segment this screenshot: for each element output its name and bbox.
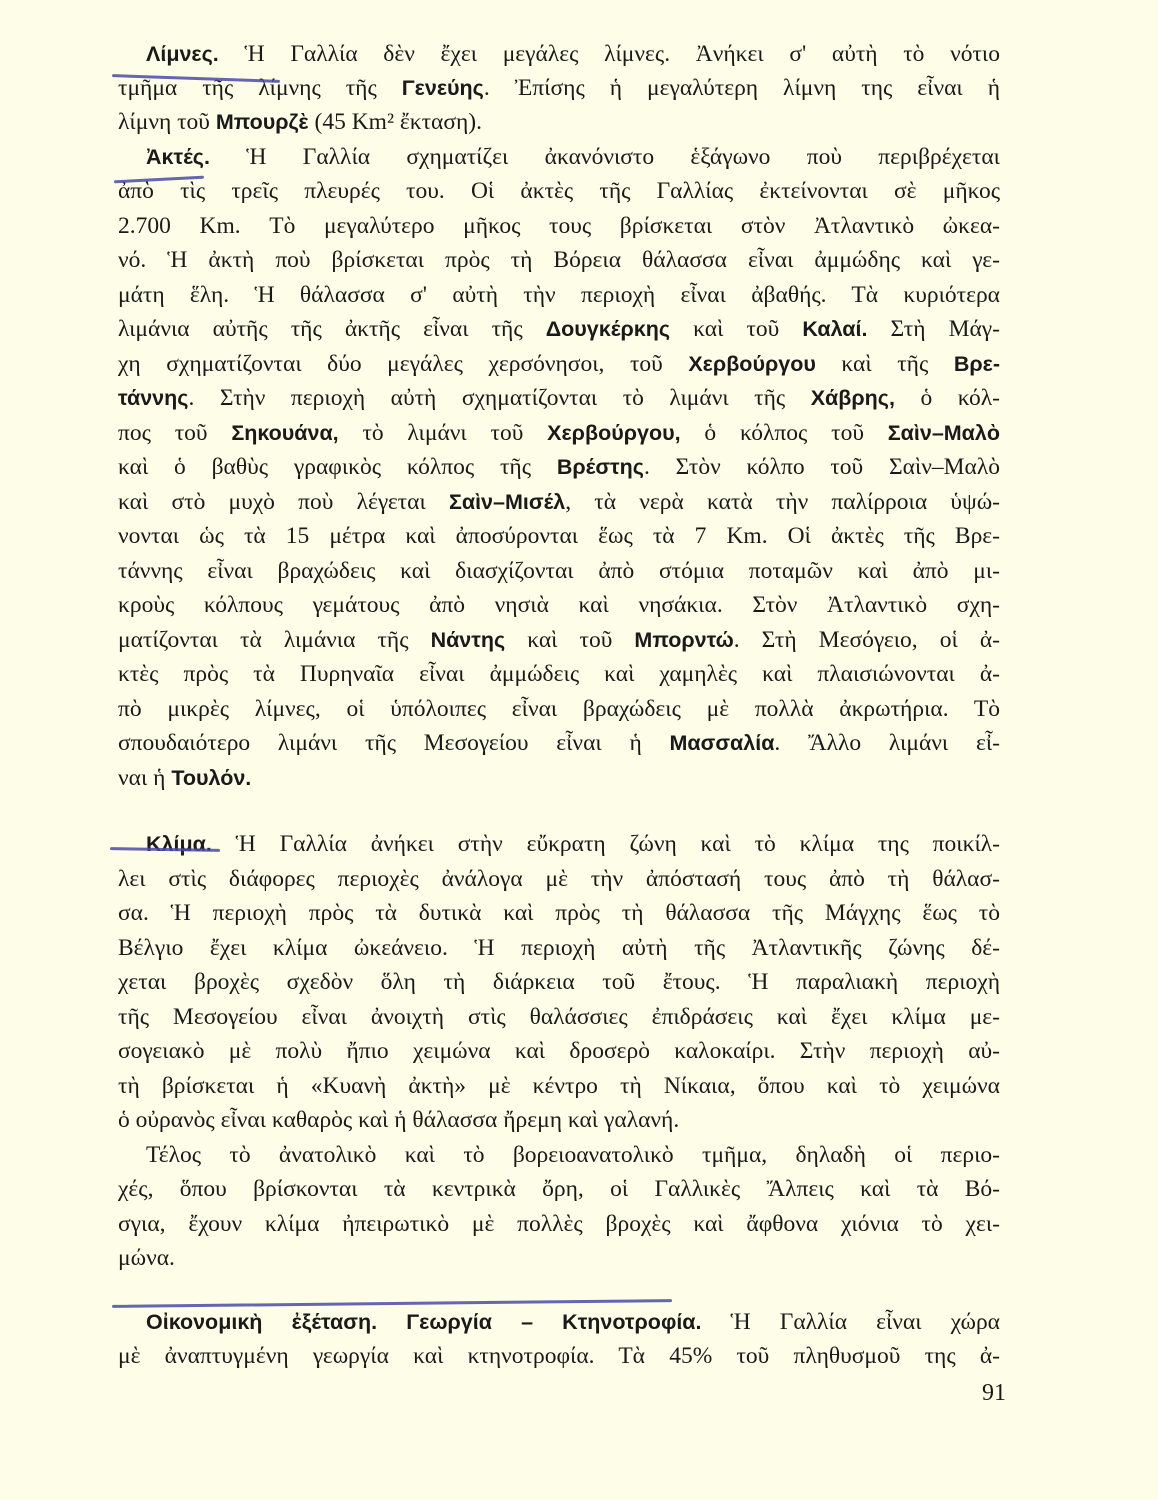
text-line: τάννης εἶναι βραχώδεις καὶ διασχίζονται … xyxy=(118,555,1000,587)
bold-term: Τουλόν. xyxy=(171,766,251,790)
text-run: λιμάνια αὐτῆς τῆς ἀκτῆς εἶναι τῆς xyxy=(118,316,546,342)
text-line: Τέλος τὸ ἀνατολικὸ καὶ τὸ βορειοανατολικ… xyxy=(118,1139,1000,1171)
text-line: μὲ ἀναπτυγμένη γεωργία καὶ κτηνοτροφία. … xyxy=(118,1340,1000,1372)
text-line: μάτη ἕλη. Ἡ θάλασσα σ' αὐτὴ τὴν περιοχὴ … xyxy=(118,279,1000,311)
text-run: κτὲς πρὸς τὰ Πυρηναῖα εἶναι ἀμμώδεις καὶ… xyxy=(118,661,1000,687)
text-line: κροὺς κόλπους γεμάτους ἀπὸ νησιὰ καὶ νησ… xyxy=(118,589,1000,621)
text-run: λίμνη τοῦ xyxy=(118,109,216,135)
text-line: νό. Ἡ ἀκτὴ ποὺ βρίσκεται πρὸς τὴ Βόρεια … xyxy=(118,244,1000,276)
text-run: νονται ὡς τὰ 15 μέτρα καὶ ἀποσύρονται ἕω… xyxy=(118,523,1000,549)
text-run: . Στὸν κόλπο τοῦ Σαὶν–Μαλὸ xyxy=(644,454,1000,480)
text-run: . Στὴ Μεσόγειο, οἱ ἀ- xyxy=(734,627,1000,653)
text-run: ὁ κόλπος τοῦ xyxy=(681,420,888,446)
bold-term: τάννης xyxy=(118,386,188,410)
bold-term: Νάντης xyxy=(431,628,506,652)
text-run: ναι ἡ xyxy=(118,765,171,791)
text-line: τῆς Μεσογείου εἶναι ἀνοιχτὴ στὶς θαλάσσι… xyxy=(118,1001,1000,1033)
text-line: λιμάνια αὐτῆς τῆς ἀκτῆς εἶναι τῆς Δουγκέ… xyxy=(118,313,1000,345)
text-line: Βέλγιο ἔχει κλίμα ὠκεάνειο. Ἡ περιοχὴ αὐ… xyxy=(118,932,1000,964)
text-run: 2.700 Km. Τὸ μεγαλύτερο μῆκος τους βρίσκ… xyxy=(118,213,1000,239)
bold-term: Σαὶν–Μαλὸ xyxy=(888,421,1000,445)
text-run: καὶ τοῦ xyxy=(505,627,634,653)
text-run: τὴ βρίσκεται ἡ «Κυανὴ ἀκτὴ» μὲ κέντρο τὴ… xyxy=(118,1073,1000,1099)
text-line: σπουδαιότερο λιμάνι τῆς Μεσογείου εἶναι … xyxy=(118,727,1000,759)
text-line: μώνα. xyxy=(118,1242,1000,1274)
text-run: σογειακὸ μὲ πολὺ ἤπιο χειμώνα καὶ δροσερ… xyxy=(118,1038,1000,1064)
text-run: Στὴ Μάγ- xyxy=(867,316,1000,342)
page-number: 91 xyxy=(982,1380,1006,1407)
text-run: τάννης εἶναι βραχώδεις καὶ διασχίζονται … xyxy=(118,558,1000,584)
text-line: χές, ὅπου βρίσκονται τὰ κεντρικὰ ὄρη, οἱ… xyxy=(118,1173,1000,1205)
text-run: , τὰ νερὰ κατὰ τὴν παλίρροια ὑψώ- xyxy=(565,489,1000,515)
text-run: καὶ τῆς xyxy=(816,351,954,377)
bold-term: Ἀκτές. xyxy=(146,145,210,169)
text-run: ἀπὸ τὶς τρεῖς πλευρές του. Οἱ ἀκτὲς τῆς … xyxy=(118,178,1000,204)
text-line: ματίζονται τὰ λιμάνια τῆς Νάντης καὶ τοῦ… xyxy=(118,624,1000,656)
text-run: πὸ μικρὲς λίμνες, οἱ ὑπόλοιπες εἶναι βρα… xyxy=(118,696,1000,722)
text-line: τάννης. Στὴν περιοχὴ αὐτὴ σχηματίζονται … xyxy=(118,382,1000,414)
text-run: χη σχηματίζονται δύο μεγάλες χερσόνησοι,… xyxy=(118,351,688,377)
text-line: ναι ἡ Τουλόν. xyxy=(118,762,1000,794)
text-run: Ἡ Γαλλία εἶναι χώρα xyxy=(701,1309,1000,1335)
text-run: . Ἐπίσης ἡ μεγαλύτερη λίμνη της εἶναι ἡ xyxy=(484,75,1000,101)
text-run: χεται βροχὲς σχεδὸν ὅλη τὴ διάρκεια τοῦ … xyxy=(118,969,1000,995)
text-run: κροὺς κόλπους γεμάτους ἀπὸ νησιὰ καὶ νησ… xyxy=(118,592,1000,618)
text-run: ὁ οὐρανὸς εἶναι καθαρὸς καὶ ἡ θάλασσα ἤρ… xyxy=(118,1107,679,1133)
bold-term: Κλίμα. xyxy=(146,832,212,856)
text-line: χη σχηματίζονται δύο μεγάλες χερσόνησοι,… xyxy=(118,348,1000,380)
text-line: Οἰκονομικὴ ἐξέταση. Γεωργία – Κτηνοτροφί… xyxy=(118,1306,1000,1338)
text-line: ἀπὸ τὶς τρεῖς πλευρές του. Οἱ ἀκτὲς τῆς … xyxy=(118,175,1000,207)
text-run: Τέλος τὸ ἀνατολικὸ καὶ τὸ βορειοανατολικ… xyxy=(146,1142,1000,1168)
bold-term: Μπουρζὲ xyxy=(216,110,309,134)
text-line: χεται βροχὲς σχεδὸν ὅλη τὴ διάρκεια τοῦ … xyxy=(118,966,1000,998)
text-run: ματίζονται τὰ λιμάνια τῆς xyxy=(118,627,431,653)
text-run: χές, ὅπου βρίσκονται τὰ κεντρικὰ ὄρη, οἱ… xyxy=(118,1176,1000,1202)
text-run: Ἡ Γαλλία δὲν ἔχει μεγάλες λίμνες. Ἀνήκει… xyxy=(219,41,1000,67)
text-line: 2.700 Km. Τὸ μεγαλύτερο μῆκος τους βρίσκ… xyxy=(118,210,1000,242)
text-run: τὸ λιμάνι τοῦ xyxy=(339,420,547,446)
text-run: καὶ στὸ μυχὸ ποὺ λέγεται xyxy=(118,489,449,515)
bold-term: Χάβρης, xyxy=(811,386,895,410)
bold-term: Μασσαλία xyxy=(670,731,775,755)
bold-term: Καλαί. xyxy=(802,317,867,341)
text-line: ὁ οὐρανὸς εἶναι καθαρὸς καὶ ἡ θάλασσα ἤρ… xyxy=(118,1104,1000,1136)
text-line: σγια, ἔχουν κλίμα ἠπειρωτικὸ μὲ πολλὲς β… xyxy=(118,1208,1000,1240)
text-run: λει στὶς διάφορες περιοχὲς ἀνάλογα μὲ τὴ… xyxy=(118,866,1000,892)
text-run: Ἡ Γαλλία ἀνήκει στὴν εὔκρατη ζώνη καὶ τὸ… xyxy=(212,831,1000,857)
text-run: μώνα. xyxy=(118,1245,175,1271)
bold-term: Σαὶν–Μισέλ xyxy=(449,490,565,514)
text-run: μάτη ἕλη. Ἡ θάλασσα σ' αὐτὴ τὴν περιοχὴ … xyxy=(118,282,1000,308)
text-run: ὁ κόλ- xyxy=(895,385,1000,411)
text-run: τῆς Μεσογείου εἶναι ἀνοιχτὴ στὶς θαλάσσι… xyxy=(118,1004,1000,1030)
text-run: καὶ ὁ βαθὺς γραφικὸς κόλπος τῆς xyxy=(118,454,557,480)
bold-term: Λίμνες. xyxy=(146,42,219,66)
text-line: τὴ βρίσκεται ἡ «Κυανὴ ἀκτὴ» μὲ κέντρο τὴ… xyxy=(118,1070,1000,1102)
text-line: λει στὶς διάφορες περιοχὲς ἀνάλογα μὲ τὴ… xyxy=(118,863,1000,895)
text-line: τμῆμα τῆς λίμνης τῆς Γενεύης. Ἐπίσης ἡ μ… xyxy=(118,72,1000,104)
text-run: . Ἄλλο λιμάνι εἶ- xyxy=(774,730,1000,756)
bold-term: Σηκουάνα, xyxy=(231,421,338,445)
bold-term: Βρε- xyxy=(954,352,1000,376)
text-run: καὶ τοῦ xyxy=(670,316,802,342)
bold-term: Χερβούργου xyxy=(688,352,816,376)
text-line: πὸ μικρὲς λίμνες, οἱ ὑπόλοιπες εἶναι βρα… xyxy=(118,693,1000,725)
text-line: Λίμνες. Ἡ Γαλλία δὲν ἔχει μεγάλες λίμνες… xyxy=(118,38,1000,70)
bold-term: Χερβούργου, xyxy=(547,421,681,445)
text-line: καὶ ὁ βαθὺς γραφικὸς κόλπος τῆς Βρέστης.… xyxy=(118,451,1000,483)
text-line: νονται ὡς τὰ 15 μέτρα καὶ ἀποσύρονται ἕω… xyxy=(118,520,1000,552)
bold-term: Δουγκέρκης xyxy=(546,317,670,341)
text-run: (45 Km² ἔκταση). xyxy=(309,109,482,135)
text-line: Ἀκτές. Ἡ Γαλλία σχηματίζει ἀκανόνιστο ἑξ… xyxy=(118,141,1000,173)
text-line: Κλίμα. Ἡ Γαλλία ἀνήκει στὴν εὔκρατη ζώνη… xyxy=(118,828,1000,860)
text-run: σπουδαιότερο λιμάνι τῆς Μεσογείου εἶναι … xyxy=(118,730,670,756)
bold-term: Βρέστης xyxy=(557,455,644,479)
bold-term: Μπορντώ xyxy=(634,628,733,652)
text-run: . Στὴν περιοχὴ αὐτὴ σχηματίζονται τὸ λιμ… xyxy=(188,385,810,411)
text-run: σγια, ἔχουν κλίμα ἠπειρωτικὸ μὲ πολλὲς β… xyxy=(118,1211,1000,1237)
text-line: κτὲς πρὸς τὰ Πυρηναῖα εἶναι ἀμμώδεις καὶ… xyxy=(118,658,1000,690)
bold-term: Οἰκονομικὴ ἐξέταση. Γεωργία – Κτηνοτροφί… xyxy=(146,1310,701,1334)
text-line: καὶ στὸ μυχὸ ποὺ λέγεται Σαὶν–Μισέλ, τὰ … xyxy=(118,486,1000,518)
text-run: πος τοῦ xyxy=(118,420,231,446)
text-run: σα. Ἡ περιοχὴ πρὸς τὰ δυτικὰ καὶ πρὸς τὴ… xyxy=(118,900,1000,926)
bold-term: Γενεύης xyxy=(402,76,484,100)
text-run: Ἡ Γαλλία σχηματίζει ἀκανόνιστο ἑξάγωνο π… xyxy=(210,144,1000,170)
text-run: μὲ ἀναπτυγμένη γεωργία καὶ κτηνοτροφία. … xyxy=(118,1343,1000,1369)
text-run: Βέλγιο ἔχει κλίμα ὠκεάνειο. Ἡ περιοχὴ αὐ… xyxy=(118,935,1000,961)
text-line: σα. Ἡ περιοχὴ πρὸς τὰ δυτικὰ καὶ πρὸς τὴ… xyxy=(118,897,1000,929)
text-line: πος τοῦ Σηκουάνα, τὸ λιμάνι τοῦ Χερβούργ… xyxy=(118,417,1000,449)
text-line: σογειακὸ μὲ πολὺ ἤπιο χειμώνα καὶ δροσερ… xyxy=(118,1035,1000,1067)
text-run: νό. Ἡ ἀκτὴ ποὺ βρίσκεται πρὸς τὴ Βόρεια … xyxy=(118,247,1000,273)
text-line: λίμνη τοῦ Μπουρζὲ (45 Km² ἔκταση). xyxy=(118,106,1000,138)
